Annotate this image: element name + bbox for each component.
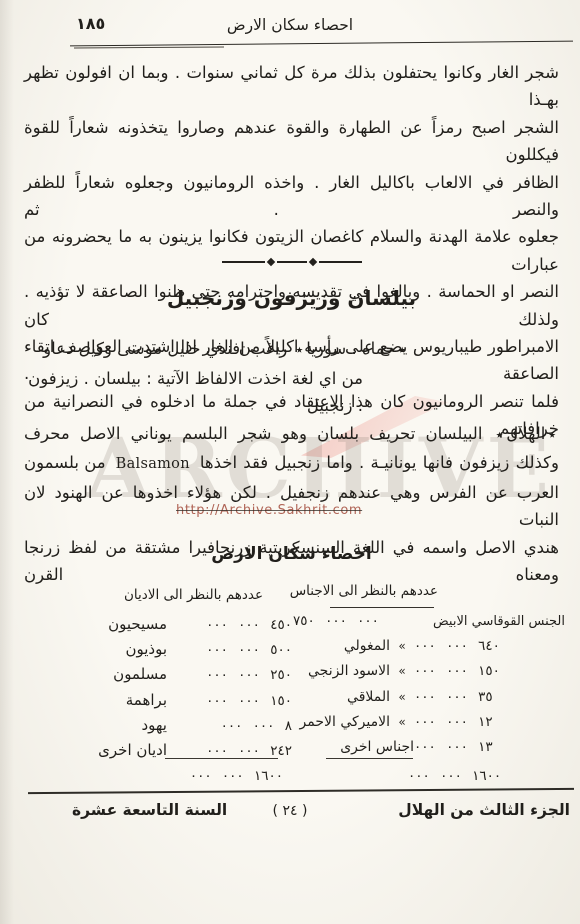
table-row: يهود ٨ ٠٠٠ ٠٠٠ [55,716,292,741]
flower-ornament-icon: ٭ [293,342,307,358]
race-label: الاميركي الاحمر [293,714,390,730]
table-row: المغولي « ٦٤٠ ٠٠٠ ٠٠٠ [293,638,577,663]
religion-label: براهمة [55,691,167,709]
census-table: عددهم بالنظر الى الاجناس عددهم بالنظر ال… [0,580,580,794]
race-count: ١٢ ٠٠٠ ٠٠٠ [414,714,577,730]
religion-label: مسيحيون [55,615,167,633]
religion-count: ٢٥٠ ٠٠٠ ٠٠٠ [167,667,292,683]
race-count: ٣٥ ٠٠٠ ٠٠٠ [414,689,577,705]
header-underline [330,607,434,608]
census-section-title: احصاء سكان الارض [24,544,559,564]
religion-label: بوذيون [55,640,167,658]
paragraph-line: الشجر اصبح رمزاً عن الطهارة والقوة عندهم… [24,114,559,169]
religion-count: ٥٠٠ ٠٠٠ ٠٠٠ [167,642,292,658]
table-row: بوذيون ٥٠٠ ٠٠٠ ٠٠٠ [55,640,292,665]
religion-count: ٨ ٠٠٠ ٠٠٠ [167,718,292,734]
footer-year: السنة التاسعة عشرة [72,801,227,819]
asker-name: راغب افندي خليل موسى وكيل دعاو [43,339,287,358]
ditto-mark-icon: « [390,715,414,729]
race-count: ٦٤٠ ٠٠٠ ٠٠٠ [414,638,577,654]
religion-count: ٢٤٢ ٠٠٠ ٠٠٠ [167,743,292,759]
total-rule [326,758,413,759]
table-row: اديان اخرى ٢٤٢ ٠٠٠ ٠٠٠ [55,741,292,766]
religions-total: ١٦٠٠ ٠٠٠ ٠٠٠ [55,765,283,784]
paragraph-line: شجر الغار وكانوا يحتفلون بذلك مرة كل ثما… [24,59,559,114]
religion-label: اديان اخرى [55,741,167,759]
diamond-ornament-icon [308,258,316,266]
ditto-mark-icon: « [390,639,414,653]
article-heading: بيلسان وزيزفون وزنجبيل [24,286,559,310]
table-row: ٠٠٠ ٠٠٠ ٧٥٠ الجنس القوقاسي الابيض [293,613,577,638]
religion-label: يهود [55,716,167,734]
flower-ornament-icon: ٭ [493,427,507,443]
table-row: براهمة ١٥٠ ٠٠٠ ٠٠٠ [55,691,292,716]
religions-column-header: عددهم بالنظر الى الاديان [124,587,263,603]
race-label: الملاقي [293,689,390,705]
answer-source: الهلال [506,424,545,443]
religions-column: مسيحيون ٤٥٠ ٠٠٠ ٠٠٠ بوذيون ٥٠٠ ٠٠٠ ٠٠٠ م… [55,615,292,766]
religion-label: مسلمون [55,665,167,683]
ditto-mark-icon: « [390,664,414,678]
religion-count: ١٥٠ ٠٠٠ ٠٠٠ [167,693,292,709]
race-count: ٠٠٠ ٠٠٠ ٧٥٠ [293,613,429,629]
answer-text: وكذلك زيزفون فانها يونانيـة . واما زنجبي… [200,449,559,477]
ditto-mark-icon: « [390,690,414,704]
answer-line-with-latin: من بلسمون Balsamon وكذلك زيزفون فانها يو… [24,449,559,479]
answer-line: ٭الهلال٭ البيلسان تحريف بلسان وهو شجر ال… [24,420,559,450]
total-count: ١٦٠٠ ٠٠٠ ٠٠٠ [190,768,283,784]
answer-line: العرب عن الفرس وهي عندهم زنجفيل . لكن هؤ… [24,479,559,534]
header-rule [70,41,573,47]
table-row: الاميركي الاحمر « ١٢ ٠٠٠ ٠٠٠ [293,714,577,739]
flower-ornament-icon: ٭ [395,342,409,358]
race-count: ١٥٠ ٠٠٠ ٠٠٠ [414,663,577,679]
race-label: الاسود الزنجي [293,663,390,679]
total-rule [165,758,278,759]
table-row: مسيحيون ٤٥٠ ٠٠٠ ٠٠٠ [55,615,292,640]
races-column-header: عددهم بالنظر الى الاجناس [290,583,438,599]
flower-ornament-icon: ٭ [545,427,559,443]
race-label: اجناس اخرى [293,739,414,755]
table-row: اجناس اخرى ١٣ ٠٠٠ ٠٠٠ [293,739,577,764]
divider-line [222,261,265,263]
total-count: ١٦٠٠ ٠٠٠ ٠٠٠ [408,768,501,784]
diamond-ornament-icon [266,258,274,266]
header-rule-secondary [74,46,224,48]
question-line: من اي لغة اخذت الالفاظ الآتية : بيلسان .… [24,365,559,420]
table-row: الاسود الزنجي « ١٥٠ ٠٠٠ ٠٠٠ [293,663,577,688]
race-label: الجنس القوقاسي الابيض [429,614,577,629]
race-label: المغولي [293,638,390,654]
races-column: ٠٠٠ ٠٠٠ ٧٥٠ الجنس القوقاسي الابيض المغول… [293,613,577,764]
answer-text: من بلسمون [24,449,106,477]
latin-term: Balsamon [116,451,190,479]
page-edge-shadow [0,0,14,924]
asker-location: حماه . سوريا [306,339,395,358]
table-row: مسلمون ٢٥٠ ٠٠٠ ٠٠٠ [55,665,292,690]
paragraph-line: جعلوه علامة الهدنة والسلام كاغصان الزيتو… [24,223,559,278]
race-count: ١٣ ٠٠٠ ٠٠٠ [414,739,577,755]
table-row: الملاقي « ٣٥ ٠٠٠ ٠٠٠ [293,689,577,714]
paragraph-line: الظافر في الالعاب باكاليل الغار . واخذه … [24,169,559,224]
asker-line: ٭حماه . سوريا٭ راغب افندي خليل موسى وكيل… [24,335,559,365]
races-total: ١٦٠٠ ٠٠٠ ٠٠٠ [408,765,501,784]
divider-line [277,261,307,264]
running-header-title: احصاء سكان الارض [0,16,580,34]
section-divider [24,259,559,265]
religion-count: ٤٥٠ ٠٠٠ ٠٠٠ [167,617,292,633]
divider-line [319,261,362,263]
answer-text: البيلسان تحريف بلسان وهو شجر البلسم يونا… [24,424,482,443]
